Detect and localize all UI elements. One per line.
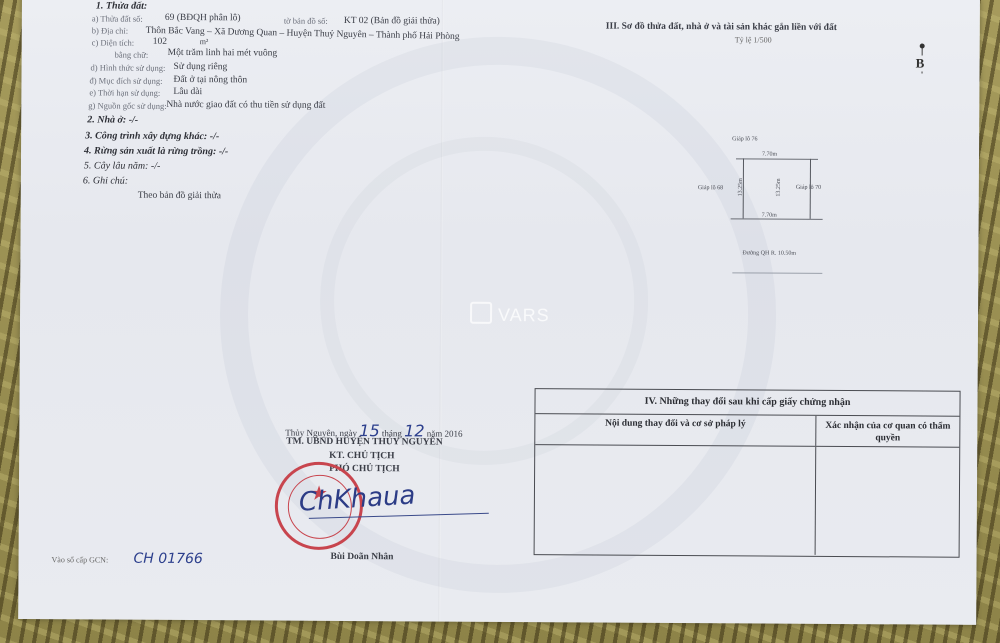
column-authority-confirmation: Xác nhận của cơ quan có thẩm quyền: [816, 416, 959, 447]
item-perennial-trees: 5. Cây lâu năm: -/-: [84, 160, 160, 171]
origin: Nhà nước giao đất có thu tiền sử dụng đấ…: [166, 100, 325, 111]
vars-logo-icon: [470, 302, 492, 324]
term-label: e) Thời hạn sử dụng:: [89, 87, 160, 97]
origin-label: g) Nguồn gốc sử dụng:: [88, 100, 166, 110]
note-text: Theo bản đồ giải thửa: [138, 191, 221, 202]
signer-role-1: KT. CHỦ TỊCH: [329, 451, 394, 461]
column-change-content: Nội dung thay đổi và cơ sở pháp lý: [535, 414, 816, 446]
area-label: c) Diện tích:: [92, 37, 135, 47]
map-sheet: KT 02 (Bản đồ giải thửa): [344, 16, 440, 27]
scale: Tỷ lệ 1/500: [735, 35, 772, 44]
changes-table-title: IV. Những thay đổi sau khi cấp giấy chứn…: [535, 389, 959, 417]
item-house: 2. Nhà ở: -/-: [87, 114, 138, 125]
signer-name: Bùi Doãn Nhân: [331, 552, 394, 562]
watermark: VARS: [470, 302, 550, 326]
registry-label: Vào sổ cấp GCN:: [52, 555, 109, 564]
right-edge-length: 13.25m: [776, 178, 782, 196]
map-sheet-label: tờ bản đồ số:: [284, 16, 328, 26]
north-arrow-icon: B: [922, 45, 923, 73]
purpose-label: đ) Mục đích sử dụng:: [89, 75, 162, 85]
section3-heading: III. Sơ đồ thửa đất, nhà ở và tài sản kh…: [606, 22, 837, 33]
change-content-cell: [535, 445, 817, 555]
area-words-label: bằng chữ:: [115, 50, 149, 60]
section1-heading: 1. Thửa đất:: [96, 0, 147, 11]
item-notes: 6. Ghi chú:: [83, 175, 128, 186]
parcel-no-label: a) Thửa đất số:: [92, 13, 143, 23]
parcel-no: 69 (BĐQH phân lô): [165, 13, 241, 23]
north-indicator: B: [922, 45, 923, 73]
signing-org: TM. UBND HUYỆN THỦY NGUYÊN: [286, 437, 443, 448]
bottom-edge-length: 7.70m: [762, 213, 777, 219]
north-letter: B: [916, 55, 925, 71]
top-edge-length: 7.70m: [762, 152, 777, 158]
left-edge-length: 13.25m: [738, 178, 744, 196]
area-value: 102: [153, 37, 167, 47]
item-production-forest: 4. Rừng sản xuất là rừng trồng: -/-: [84, 145, 228, 157]
item-other-construction: 3. Công trình xây dựng khác: -/-: [85, 130, 219, 142]
term: Lâu dài: [173, 87, 202, 97]
area-unit: m²: [200, 37, 209, 46]
address: Thôn Bắc Vang – Xã Dương Quan – Huyện Th…: [146, 26, 460, 42]
changes-table: IV. Những thay đổi sau khi cấp giấy chứn…: [534, 388, 961, 558]
usage-form: Sử dụng riêng: [174, 62, 228, 72]
registry-number: CH 01766: [134, 551, 203, 567]
top-neighbor: Giáp lô 76: [732, 136, 757, 142]
purpose: Đất ở tại nông thôn: [173, 75, 247, 85]
road-label: Đường QH R. 10.50m: [742, 250, 796, 256]
usage-form-label: d) Hình thức sử dụng:: [91, 62, 166, 72]
changes-table-body: [535, 445, 960, 556]
right-neighbor: Giáp lô 70: [796, 185, 821, 191]
certificate-page: 1. Thửa đất: a) Thửa đất số: 69 (BĐQH ph…: [18, 0, 980, 625]
watermark-text: VARS: [498, 305, 550, 325]
area-words: Một trăm linh hai mét vuông: [168, 48, 278, 59]
changes-table-header: Nội dung thay đổi và cơ sở pháp lý Xác n…: [535, 414, 959, 448]
address-label: b) Địa chỉ:: [92, 25, 128, 35]
left-neighbor: Giáp lô 68: [698, 185, 723, 191]
authority-confirmation-cell: [816, 447, 960, 556]
